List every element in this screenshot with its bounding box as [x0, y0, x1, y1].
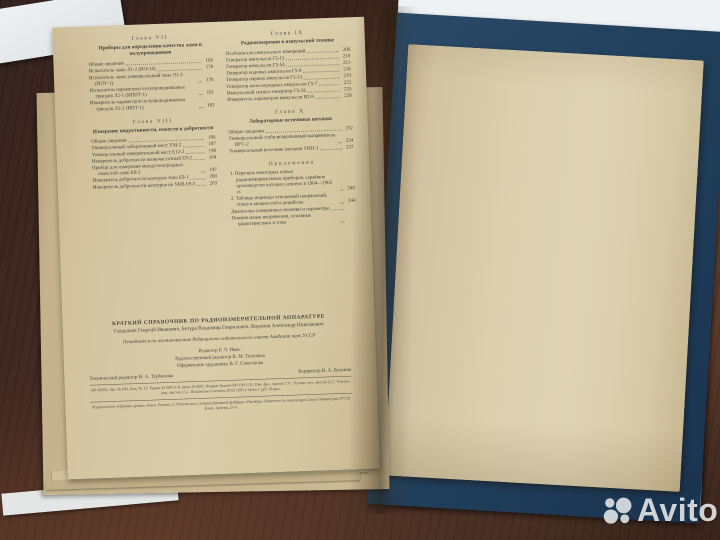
toc-entry-page: 178: [204, 77, 214, 83]
toc-entry-page: 240: [345, 185, 355, 191]
dot-leader: [199, 94, 203, 95]
toc-right-column: Глава IX Радиоизмерения в импульсной тех…: [225, 28, 356, 228]
tech-editor-line: Технический редактор Н. А. Турбанова: [89, 373, 173, 381]
chapter-8-entries: Общие сведения 186 Универсальный лаборат…: [91, 135, 217, 191]
avito-logo-icon: [602, 496, 632, 526]
avito-watermark: Avito: [602, 492, 718, 529]
toc-entry-page: 197: [207, 167, 217, 173]
dot-leader: [320, 149, 342, 151]
dot-leader: [331, 209, 345, 210]
colophon: КРАТКИЙ СПРАВОЧНИК ПО РАДИОИЗМЕРИТЕЛЬНОЙ…: [87, 312, 352, 415]
toc-entry-label: Измеритель параметров полупроводниковых …: [90, 97, 198, 113]
chapter-10-title: Лабораторные источники питания: [228, 115, 353, 126]
dot-leader: [340, 202, 344, 203]
dot-leader: [198, 81, 202, 82]
avito-wordmark: Avito: [637, 492, 718, 529]
toc-entry: 1. Перечень некоторых новых радиоизмерит…: [230, 167, 355, 196]
dot-leader: [201, 172, 205, 173]
dot-leader: [319, 84, 340, 86]
toc-entry-page: 228: [342, 93, 352, 99]
table-of-contents: Глава VII Приборы для определения качест…: [88, 28, 357, 233]
toc-entry-page: 219: [341, 73, 351, 79]
toc-entry-page: 187: [206, 141, 216, 147]
dot-leader: [193, 159, 204, 160]
chapter-9-title: Радиоизмерения в импульсной технике: [225, 37, 350, 48]
chapter-7-title: Приборы для определения качества ламп и …: [88, 42, 213, 59]
dot-leader: [199, 107, 203, 108]
dot-leader: [340, 190, 344, 191]
dot-leader: [197, 185, 206, 186]
toc-entry-page: 206: [340, 46, 350, 52]
photo-open-book: Глава VII Приборы для определения качест…: [0, 0, 720, 540]
toc-entry-page: 186: [206, 135, 216, 141]
imprint-block-2: Издательство «Наукова думка», Киев, Репи…: [90, 396, 352, 416]
toc-entry-page: 222: [341, 79, 351, 85]
toc-entry-page: 232: [343, 125, 353, 131]
toc-entry-page: 181: [204, 90, 214, 96]
chapter-10-entries: Общие сведения 232 Универсальный стабили…: [228, 125, 353, 155]
dot-leader: [341, 222, 345, 223]
dot-leader: [183, 146, 205, 148]
appendix-entries: 1. Перечень некоторых новых радиоизмерит…: [230, 167, 356, 228]
blank-right-page: [384, 44, 704, 492]
imprint-block-1: БФ 40592. Зак. № 843. Изд. № 13. Тираж 4…: [90, 379, 352, 399]
toc-entry-page: 225: [341, 86, 351, 92]
left-page-contents: Глава VII Приборы для определения качест…: [52, 17, 380, 480]
toc-entry-page: 216: [341, 66, 351, 72]
chapter-7-entries: Общие сведения 169 Испытатель ламп Л1-2 …: [88, 58, 214, 113]
toc-entry-page: 190: [206, 148, 216, 154]
dot-leader: [186, 152, 205, 154]
toc-entry-page: 169: [203, 58, 213, 64]
toc-entry-page: 203: [207, 180, 217, 186]
toc-entry-page: 237: [343, 144, 353, 150]
toc-entry-label: Номинальные напряжения, основные характе…: [231, 212, 339, 228]
toc-entry-page: 170: [203, 64, 213, 70]
chapter-9-entries: Особенности импульсных измерений 206 Ген…: [226, 46, 352, 103]
toc-entry-page: 200: [207, 174, 217, 180]
left-page-text: Глава VII Приборы для определения качест…: [52, 17, 380, 480]
toc-entry-page: 244: [345, 198, 355, 204]
dot-leader: [338, 142, 342, 143]
toc-entry-page: 210: [340, 53, 350, 59]
chapter-8-title: Измерение индуктивности, емкости и добро…: [91, 125, 216, 136]
toc-entry-page: 234: [343, 138, 353, 144]
toc-entry-label: 1. Перечень некоторых новых радиоизмерит…: [230, 167, 338, 195]
proofreader-line: Корректор В. А. Булкина: [298, 367, 351, 374]
toc-left-column: Глава VII Приборы для определения качест…: [88, 33, 219, 233]
dot-leader: [315, 97, 340, 99]
toc-entry-page: 183: [204, 102, 214, 108]
dot-leader: [190, 178, 205, 180]
toc-entry-page: 194: [206, 154, 216, 160]
toc-entry-page: 213: [341, 60, 351, 66]
